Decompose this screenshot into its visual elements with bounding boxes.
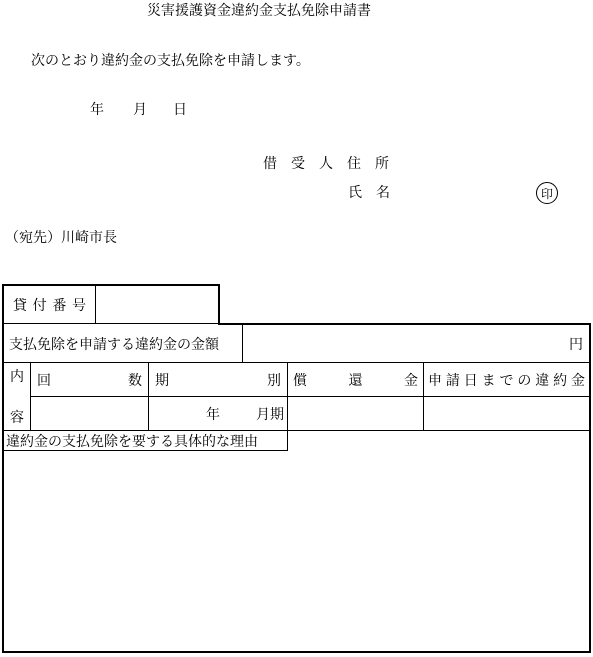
date-day-label: 日: [173, 103, 187, 119]
reason-label: 違約金の支払免除を要する具体的な理由: [4, 431, 287, 450]
date-year-label: 年: [90, 103, 104, 119]
period-field[interactable]: 年 月期: [149, 397, 287, 430]
penalty-to-date-field[interactable]: [424, 397, 589, 430]
reason-field[interactable]: [4, 451, 589, 651]
application-form-page: 災害援護資金違約金支払免除申請書 次のとおり違約金の支払免除を申請します。 年 …: [0, 0, 593, 657]
date-month-label: 月: [133, 103, 147, 119]
exemption-amount-label: 支払免除を申請する違約金の金額: [4, 325, 242, 362]
table-rule: [287, 431, 288, 451]
borrower-name-label: 氏名: [348, 186, 404, 202]
page-title: 災害援護資金違約金支払免除申請書: [147, 4, 371, 20]
repayment-field[interactable]: [288, 397, 423, 430]
column-header-repayment: 償還金: [288, 363, 423, 396]
borrower-address-label: 借受人住所: [263, 157, 403, 173]
table-border-line: [218, 284, 220, 325]
table-border-line: [589, 323, 591, 653]
intro-sentence: 次のとおり違約金の支払免除を申請します。: [31, 54, 310, 70]
exemption-amount-field[interactable]: 円: [243, 325, 589, 362]
details-label-bottom: 容: [10, 407, 24, 427]
details-section-label: 内 容: [4, 363, 30, 430]
addressee-line: （宛先）川崎市長: [5, 231, 117, 247]
form-table: 貸付番号 支払免除を申請する違約金の金額 円 内 容 回数 期別 償還金 申請日…: [2, 284, 591, 653]
details-label-top: 内: [10, 366, 24, 386]
seal-mark-text: 印: [541, 185, 553, 202]
period-year-label: 年: [206, 404, 220, 424]
column-header-installment: 回数: [31, 363, 148, 396]
table-border-line: [2, 651, 591, 653]
loan-number-label: 貸付番号: [4, 286, 95, 323]
column-header-period: 期別: [149, 363, 287, 396]
seal-stamp-icon: 印: [536, 182, 558, 204]
loan-number-field[interactable]: [96, 286, 218, 323]
table-rule: [4, 323, 218, 324]
installment-field[interactable]: [31, 397, 148, 430]
column-header-penalty-to-date: 申請日までの違約金: [424, 363, 589, 396]
yen-unit-label: 円: [569, 334, 583, 354]
period-suffix-label: 月期: [256, 404, 284, 424]
